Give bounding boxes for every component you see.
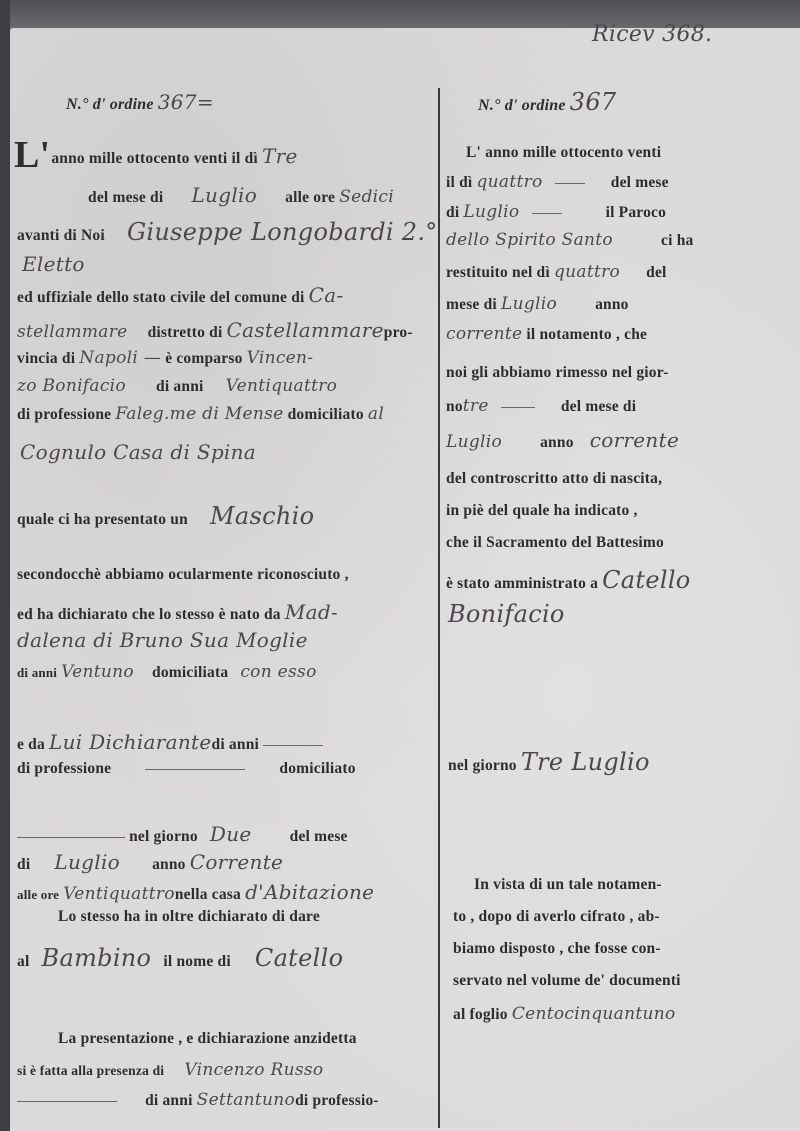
right-line-1: L' anno mille ottocento venti: [466, 144, 661, 162]
left-line-13: ed ha dichiarato che lo stesso è nato da…: [17, 600, 338, 624]
printed-text: nel giorno: [448, 757, 517, 774]
right-line-12: in piè del quale ha indicato ,: [446, 502, 638, 520]
handwritten-text: Ventuno: [61, 662, 134, 682]
left-line-1: L'anno mille ottocento venti il dì Tre: [14, 140, 298, 170]
printed-text: del: [646, 264, 666, 281]
printed-text: al foglio: [453, 1006, 508, 1023]
printed-text: domiciliata: [152, 664, 228, 681]
handwritten-text: Luglio: [446, 432, 502, 452]
handwritten-text: stellammare: [17, 322, 128, 342]
right-line-10: Luglio anno corrente: [446, 428, 679, 452]
printed-text: biamo disposto , che fosse con-: [453, 940, 661, 957]
handwritten-text: Giuseppe Longobardi 2.°: [127, 218, 438, 246]
right-line-3: di Luglio il Paroco: [446, 202, 666, 222]
printed-text: anno: [540, 434, 574, 451]
printed-text: Lo stesso ha in oltre dichiarato di dare: [58, 908, 320, 925]
left-line-15: di anni Ventuno domiciliata con esso: [17, 662, 317, 682]
printed-text: in piè del quale ha indicato ,: [446, 502, 638, 519]
right-line-6: mese di Luglio anno: [446, 294, 629, 314]
printed-text: è stato amministrato a: [446, 575, 598, 592]
printed-text: del controscritto atto di nascita,: [446, 470, 662, 487]
handwritten-text: Cognulo Casa di Spina: [20, 440, 256, 464]
handwritten-text: con esso: [240, 662, 316, 682]
printed-text: distretto di: [148, 324, 223, 341]
printed-text: nel giorno: [129, 828, 198, 845]
handwritten-text: corrente: [590, 428, 679, 452]
printed-text: nella casa: [175, 886, 241, 903]
handwritten-text: Due: [210, 822, 252, 846]
left-line-3: avanti di Noi Giuseppe Longobardi 2.°: [17, 218, 438, 246]
handwritten-text: quattro: [477, 172, 543, 192]
ordine-number: 367: [570, 88, 617, 116]
handwritten-text: Catello: [602, 566, 690, 594]
handwritten-text: Centocinquantuno: [512, 1004, 676, 1024]
printed-text: di anni: [212, 736, 260, 753]
blank-rule: [532, 213, 562, 214]
printed-text: di professione: [17, 406, 111, 423]
left-line-9: di professione Faleg.me di Mense domicil…: [17, 404, 384, 424]
handwritten-text: Ca-: [309, 283, 344, 307]
printed-text: In vista di un tale notamen-: [474, 876, 662, 893]
left-line-7: vincia di Napoli — è comparso Vincen-: [17, 348, 313, 368]
blank-rule: [145, 769, 245, 770]
left-line-14: dalena di Bruno Sua Moglie: [17, 628, 308, 652]
handwritten-text: Tre Luglio: [521, 748, 650, 776]
handwritten-text: dello Spirito Santo: [446, 230, 613, 250]
left-ordine: N.° d' ordine 367=: [66, 90, 214, 114]
printed-text: il dì: [446, 174, 472, 191]
handwritten-text: Napoli —: [79, 348, 161, 368]
printed-text: è comparso: [165, 350, 242, 367]
printed-text: domiciliato: [279, 760, 355, 777]
handwritten-text: Faleg.me di Mense: [115, 404, 283, 424]
printed-text: si è fatta alla presenza di: [17, 1063, 164, 1078]
printed-text: restituito nel dì: [446, 264, 550, 281]
ordine-label: N.° d' ordine: [478, 97, 566, 114]
handwritten-text: Settantuno: [197, 1090, 295, 1110]
printed-text: e da: [17, 736, 45, 753]
handwritten-text: Castellammare: [227, 318, 384, 342]
printed-text: del mese di: [88, 189, 163, 206]
right-line-21: al foglio Centocinquantuno: [453, 1004, 676, 1024]
handwritten-text: Sedici: [339, 187, 394, 207]
left-line-5: ed uffiziale dello stato civile del comu…: [17, 283, 344, 307]
left-line-2: del mese di Luglio alle ore Sedici: [88, 183, 394, 207]
printed-text: il nome di: [163, 953, 230, 970]
printed-text: ed ha dichiarato che lo stesso è nato da: [17, 606, 281, 623]
handwritten-text: Luglio: [501, 294, 557, 314]
left-line-11: quale ci ha presentato un Maschio: [17, 502, 314, 530]
printed-text: secondocchè abbiamo ocularmente riconosc…: [17, 566, 349, 583]
left-line-17: di professione domiciliato: [17, 760, 356, 778]
right-line-16: nel giorno Tre Luglio: [448, 748, 650, 776]
printed-text: alle ore: [17, 887, 59, 902]
right-line-14: è stato amministrato a Catello: [446, 566, 691, 594]
right-line-9: notre del mese di: [446, 396, 636, 416]
printed-text: L' anno mille ottocento venti: [466, 144, 661, 161]
handwritten-text: Luglio: [463, 202, 519, 222]
printed-text: il notamento , che: [526, 326, 647, 343]
printed-text: di: [17, 856, 30, 873]
drop-cap: L': [14, 134, 50, 176]
printed-text: di professione: [17, 760, 111, 777]
left-line-8: zo Bonifacio di anni Ventiquattro: [17, 376, 337, 396]
left-line-16: e da Lui Dichiarantedi anni: [17, 730, 323, 754]
printed-text: di anni: [156, 378, 204, 395]
printed-text: anno: [595, 296, 629, 313]
handwritten-text: Vincen-: [247, 348, 314, 368]
left-line-4: Eletto: [22, 252, 85, 276]
handwritten-text: Luglio: [54, 850, 120, 874]
right-line-18: to , dopo di averlo cifrato , ab-: [453, 908, 660, 926]
printed-text: anno mille ottocento venti il dì: [51, 150, 258, 167]
handwritten-text: zo Bonifacio: [17, 376, 126, 396]
blank-rule: [501, 407, 535, 408]
handwritten-text: tre: [463, 396, 489, 416]
printed-text: anno: [152, 856, 186, 873]
right-line-17: In vista di un tale notamen-: [474, 876, 662, 894]
printed-text: avanti di Noi: [17, 227, 105, 244]
blank-rule: [17, 1101, 117, 1102]
handwritten-text: Ventiquattro: [63, 884, 175, 904]
printed-text: del mese di: [561, 398, 636, 415]
handwritten-text: dalena di Bruno Sua Moglie: [17, 628, 308, 652]
blank-rule: [263, 745, 323, 746]
printed-text: no: [446, 398, 463, 415]
left-line-18: nel giorno Due del mese: [17, 822, 348, 846]
printed-text: del mese: [611, 174, 669, 191]
right-line-15: Bonifacio: [448, 600, 565, 628]
right-line-20: servato nel volume de' documenti: [453, 972, 681, 990]
left-line-23: La presentazione , e dichiarazione anzid…: [58, 1030, 357, 1048]
printed-text: servato nel volume de' documenti: [453, 972, 681, 989]
printed-text: La presentazione , e dichiarazione anzid…: [58, 1030, 357, 1047]
handwritten-text: d'Abitazione: [245, 880, 374, 904]
handwritten-text: Lui Dichiarante: [49, 730, 212, 754]
left-line-24: si è fatta alla presenza di Vincenzo Rus…: [17, 1060, 323, 1080]
printed-text: domiciliato: [288, 406, 364, 423]
printed-text: mese di: [446, 296, 497, 313]
printed-text: di: [446, 204, 459, 221]
right-line-5: restituito nel dì quattro del: [446, 262, 667, 282]
handwritten-text: Bambino: [42, 944, 152, 972]
right-line-8: noi gli abbiamo rimesso nel gior-: [446, 364, 669, 382]
left-line-25: di anni Settantunodi professio-: [17, 1090, 379, 1110]
printed-text: di professio-: [295, 1092, 379, 1109]
handwritten-text: Maschio: [210, 502, 314, 530]
printed-text: del mese: [290, 828, 348, 845]
column-divider: [438, 88, 440, 1128]
printed-text: il Paroco: [606, 204, 667, 221]
left-line-19: di Luglio anno Corrente: [17, 850, 283, 874]
handwritten-text: Ventiquattro: [226, 376, 338, 396]
printed-text: ed uffiziale dello stato civile del comu…: [17, 289, 305, 306]
handwritten-text: Bonifacio: [448, 600, 565, 628]
printed-text: alle ore: [285, 189, 335, 206]
right-line-13: che il Sacramento del Battesimo: [446, 534, 664, 552]
handwritten-text: Vincenzo Russo: [184, 1060, 323, 1080]
corner-note: Ricev 368.: [592, 22, 712, 47]
printed-text: di anni: [145, 1092, 193, 1109]
right-line-11: del controscritto atto di nascita,: [446, 470, 662, 488]
handwritten-text: Tre: [262, 144, 298, 168]
printed-text: vincia di: [17, 350, 75, 367]
printed-text: noi gli abbiamo rimesso nel gior-: [446, 364, 669, 381]
printed-text: pro-: [384, 324, 413, 341]
scan-left-edge: [0, 0, 10, 1131]
printed-text: di anni: [17, 665, 57, 680]
left-line-20: alle ore Ventiquattronella casa d'Abitaz…: [17, 880, 374, 904]
handwritten-text: Catello: [255, 944, 343, 972]
blank-rule: [17, 837, 125, 838]
right-line-19: biamo disposto , che fosse con-: [453, 940, 661, 958]
right-line-4: dello Spirito Santo ci ha: [446, 230, 693, 250]
left-line-6: stellammare distretto di Castellammarepr…: [17, 318, 413, 342]
right-line-2: il dì quattro del mese: [446, 172, 669, 192]
ordine-label: N.° d' ordine: [66, 96, 154, 113]
blank-rule: [555, 183, 585, 184]
handwritten-text: quattro: [554, 262, 620, 282]
left-line-21: Lo stesso ha in oltre dichiarato di dare: [58, 908, 320, 926]
handwritten-text: Mad-: [285, 600, 338, 624]
printed-text: to , dopo di averlo cifrato , ab-: [453, 908, 660, 925]
left-line-12: secondocchè abbiamo ocularmente riconosc…: [17, 566, 349, 584]
left-line-22: al Bambino il nome di Catello: [17, 944, 343, 972]
left-line-10: Cognulo Casa di Spina: [20, 440, 256, 464]
ordine-number: 367=: [158, 90, 214, 114]
handwritten-text: Luglio: [191, 183, 257, 207]
right-ordine: N.° d' ordine 367: [478, 88, 616, 116]
right-line-7: corrente il notamento , che: [446, 324, 647, 344]
handwritten-text: Corrente: [190, 850, 283, 874]
printed-text: al: [17, 953, 29, 970]
printed-text: ci ha: [661, 232, 693, 249]
printed-text: che il Sacramento del Battesimo: [446, 534, 664, 551]
handwritten-text: al: [368, 404, 384, 424]
handwritten-text: corrente: [446, 324, 522, 344]
handwritten-text: Eletto: [22, 252, 85, 276]
printed-text: quale ci ha presentato un: [17, 511, 188, 528]
